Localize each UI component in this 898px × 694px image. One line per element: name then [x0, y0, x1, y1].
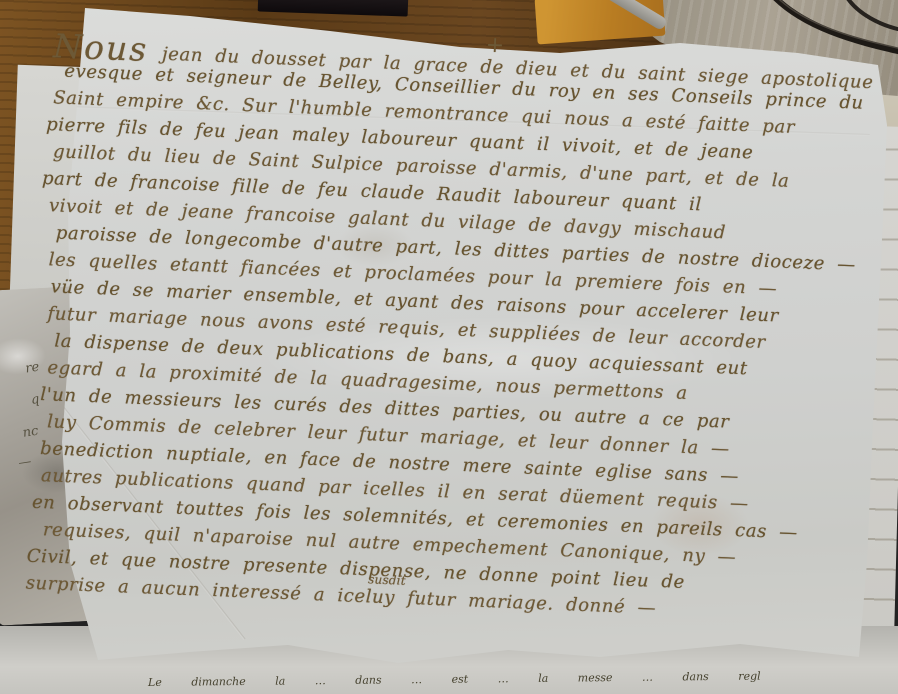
insertion-note: susdit: [368, 566, 407, 594]
opening-word: Nous: [53, 26, 149, 69]
manuscript-text: + susdit Nousjean du dousset par la grac…: [25, 30, 847, 629]
bottom-paper-fragment-text: Le dimanche la … dans … est … la messe ……: [148, 668, 898, 689]
cross-mark: +: [485, 32, 505, 60]
photo-of-manuscript: re q nc — Le dimanche la … dans … est … …: [0, 0, 898, 694]
